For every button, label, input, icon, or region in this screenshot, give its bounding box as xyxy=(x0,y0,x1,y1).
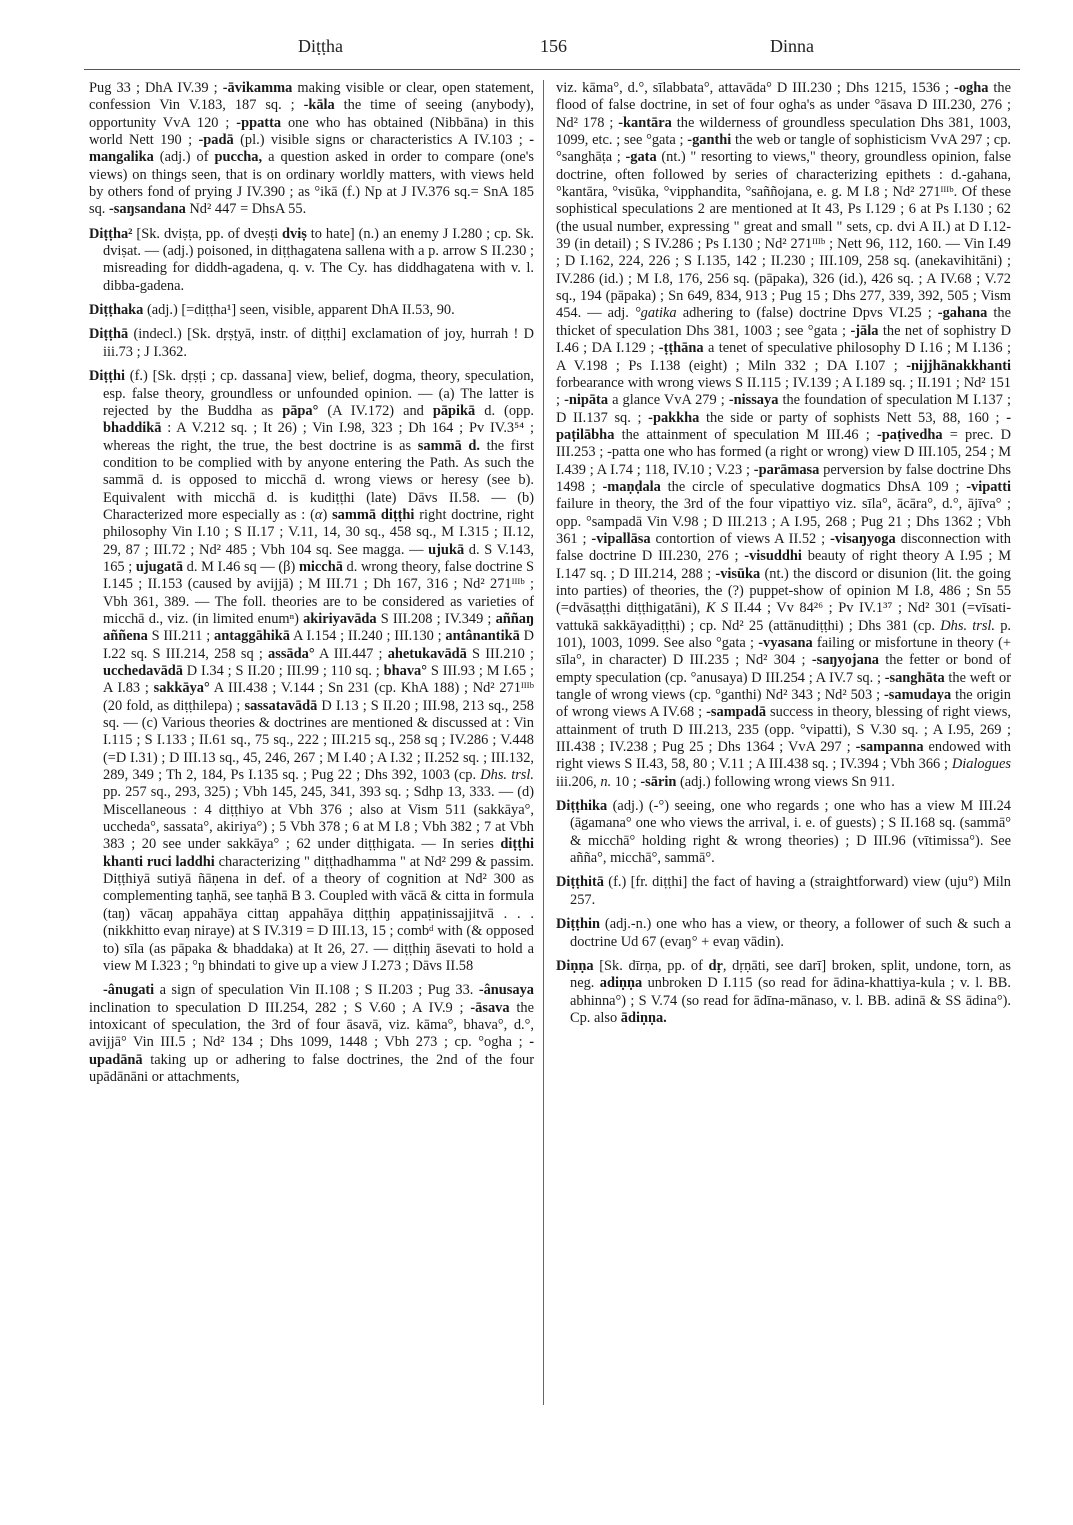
bold-term: -āvikamma xyxy=(223,80,293,96)
bold-term: -nissaya xyxy=(729,392,779,408)
compound-subentry: -ânugati a sign of speculation Vin II.10… xyxy=(89,982,534,1086)
bold-term: -visūka xyxy=(715,566,760,582)
dictionary-entry: Diṭṭhika (adj.) (-°) seeing, one who reg… xyxy=(556,798,1011,867)
entry-text: Nd² 447 = DhsA 55. xyxy=(186,201,306,217)
entry-text: the circle of speculative dogmatics DhsA… xyxy=(661,479,966,495)
italic-term: Dhs. trsl. xyxy=(480,767,534,783)
bold-term: bhaddikā xyxy=(103,420,161,436)
entry-text: contortion of views A II.52 ; xyxy=(651,531,830,547)
entry-text: d. M I.46 sq — (β) xyxy=(183,559,299,575)
dictionary-entry: Diṭṭhaka (adj.) [=diṭṭha¹] seen, visible… xyxy=(89,302,534,319)
entry-text: (adj.) following wrong views Sn 911. xyxy=(676,774,895,790)
entry-text: 10 ; xyxy=(611,774,640,790)
bold-term: -vipallāsa xyxy=(591,531,650,547)
bold-term: -saŋyojana xyxy=(812,652,879,668)
bold-term: -vipatti xyxy=(966,479,1011,495)
entry-text: a sign of speculation Vin II.108 ; S II.… xyxy=(154,982,479,998)
entry-text: (adj.) (-°) seeing, one who regards ; on… xyxy=(570,798,1011,866)
headword: Diṭṭhā xyxy=(89,326,128,342)
bold-term: -āsava xyxy=(470,1000,509,1016)
bold-term: pāpikā xyxy=(433,403,475,419)
entry-text: (adj.) [=diṭṭha¹] seen, visible, apparen… xyxy=(143,302,454,318)
bold-term: -kāla xyxy=(304,97,335,113)
bold-term: dviṣ xyxy=(282,226,307,242)
entry-text: D I.34 ; S II.20 ; III.99 ; 110 sq. ; xyxy=(183,663,384,679)
entry-text: [Sk. dviṣṭa, pp. of dveṣṭi xyxy=(133,226,283,242)
bold-term: -ṭṭhāna xyxy=(659,340,704,356)
headword: Diṭṭha² xyxy=(89,226,133,242)
bold-term: -saŋsandana xyxy=(109,201,186,217)
entry-text: (adj.-n.) one who has a view, or theory,… xyxy=(570,916,1011,949)
dictionary-entry: Diṭṭha² [Sk. dviṣṭa, pp. of dveṣṭi dviṣ … xyxy=(89,226,534,295)
entry-continuation: viz. kāma°, d.°, sīlabbata°, attavāda° D… xyxy=(556,80,1011,791)
entry-text: (A IV.172) and xyxy=(318,403,432,419)
bold-term: sakkāya° xyxy=(154,680,210,696)
entry-text: the attainment of speculation M III.46 ; xyxy=(614,427,877,443)
bold-term: -paṭivedha xyxy=(877,427,943,443)
bold-term: -maṇḍala xyxy=(602,479,660,495)
page-number: 156 xyxy=(540,36,567,57)
italic-term: Dialogues xyxy=(952,756,1011,772)
bold-term: -sanghāta xyxy=(885,670,945,686)
italic-term: Dhs. trsl. xyxy=(940,618,995,634)
bold-term: -ppatta xyxy=(236,115,281,131)
entry-text: [Sk. dīrṇa, pp. of xyxy=(594,958,709,974)
bold-term: -ganthi xyxy=(687,132,731,148)
entry-text: pp. 257 sq., 293, 325) ; Vbh 145, 245, 3… xyxy=(103,784,534,852)
entry-text: characterizing " diṭṭhadhamma " at Nd² 2… xyxy=(103,854,534,974)
dictionary-entry: Diṭṭhi (f.) [Sk. dṛṣṭi ; cp. dassana] vi… xyxy=(89,368,534,975)
right-column: viz. kāma°, d.°, sīlabbata°, attavāda° D… xyxy=(556,80,1011,1034)
bold-term: -ânusaya xyxy=(479,982,534,998)
bold-term: puccha, xyxy=(215,149,263,165)
bold-term: -nijjhānakkhanti xyxy=(906,358,1011,374)
entry-text: A III.447 ; xyxy=(315,646,388,662)
bold-term: micchā xyxy=(299,559,343,575)
bold-term: -pakkha xyxy=(648,410,699,426)
entry-text: S III.208 ; IV.349 ; xyxy=(377,611,496,627)
entry-continuation: Pug 33 ; DhA IV.39 ; -āvikamma making vi… xyxy=(89,80,534,219)
entry-text: Pug 33 ; DhA IV.39 ; xyxy=(89,80,223,96)
bold-term: -sampadā xyxy=(706,704,766,720)
bold-term: -gata xyxy=(625,149,656,165)
bold-term: ujukā xyxy=(428,542,464,558)
headword: Diṭṭhin xyxy=(556,916,600,932)
entry-text: taking up or adhering to false doctrines… xyxy=(89,1052,534,1085)
bold-term: sassatavādā xyxy=(245,698,318,714)
headword: Diṭṭhika xyxy=(556,798,607,814)
bold-term: dṛ xyxy=(709,958,723,974)
entry-text: inclination to speculation D III.254, 28… xyxy=(89,1000,470,1016)
bold-term: ujugatā xyxy=(136,559,183,575)
italic-term: n. xyxy=(600,774,611,790)
bold-term: assāda° xyxy=(268,646,315,662)
bold-term: akiriyavāda xyxy=(303,611,377,627)
bold-term: sammā diṭṭhi xyxy=(332,507,414,523)
bold-term: -padā xyxy=(199,132,234,148)
bold-term: antânantikā xyxy=(445,628,519,644)
italic-term: K S xyxy=(706,600,728,616)
bold-term: -sārin xyxy=(640,774,676,790)
bold-term: -ânugati xyxy=(103,982,154,998)
headword: Diṭṭhi xyxy=(89,368,125,384)
entry-text: the side or party of sophists Nett 53, 8… xyxy=(699,410,1006,426)
entry-text: S III.210 ; xyxy=(467,646,534,662)
bold-term: bhava° xyxy=(384,663,427,679)
headword: Diṇṇa xyxy=(556,958,594,974)
entry-text: a glance VvA 279 ; xyxy=(608,392,729,408)
bold-term: pāpa° xyxy=(282,403,318,419)
bold-term: -visaŋyoga xyxy=(830,531,896,547)
entry-text: adhering to (false) doctrine Dpvs VI.25 … xyxy=(677,305,938,321)
bold-term: antaggāhikā xyxy=(214,628,290,644)
running-head-right: Dinna xyxy=(770,36,814,57)
entry-text: d. (opp. xyxy=(475,403,534,419)
bold-term: ādiṇṇa. xyxy=(621,1010,667,1026)
bold-term: adiṇṇa xyxy=(600,975,642,991)
bold-term: -sampanna xyxy=(856,739,924,755)
bold-term: -jāla xyxy=(850,323,878,339)
bold-term: sammā d. xyxy=(418,438,480,454)
entry-text: (nt.) " resorting to views," theory, gro… xyxy=(556,149,1011,321)
entry-text: (adj.) of xyxy=(154,149,215,165)
header-rule xyxy=(84,69,1020,70)
bold-term: ucchedavādā xyxy=(103,663,183,679)
column-divider xyxy=(543,80,544,1405)
dictionary-entry: Diṭṭhitā (f.) [fr. diṭṭhi] the fact of h… xyxy=(556,874,1011,909)
headword: Diṭṭhitā xyxy=(556,874,604,890)
bold-term: -ogha xyxy=(954,80,988,96)
running-head-left: Diṭṭha xyxy=(298,36,343,57)
bold-term: -gahana xyxy=(938,305,988,321)
bold-term: -nipāta xyxy=(564,392,608,408)
entry-text: (pl.) visible signs or characteristics A… xyxy=(234,132,529,148)
bold-term: -vyasana xyxy=(758,635,812,651)
dictionary-entry: Diṇṇa [Sk. dīrṇa, pp. of dṛ, dṛṇāti, see… xyxy=(556,958,1011,1027)
entry-text: viz. kāma°, d.°, sīlabbata°, attavāda° D… xyxy=(556,80,954,96)
entry-text: ) xyxy=(322,507,332,523)
italic-term: °gatika xyxy=(635,305,677,321)
bold-term: -parāmasa xyxy=(754,462,820,478)
entry-text: (f.) [fr. diṭṭhi] the fact of having a (… xyxy=(570,874,1011,907)
bold-term: ahetukavādā xyxy=(388,646,467,662)
bold-term: -visuddhi xyxy=(744,548,802,564)
bold-term: -samudaya xyxy=(884,687,951,703)
dictionary-entry: Diṭṭhin (adj.-n.) one who has a view, or… xyxy=(556,916,1011,951)
entry-text: A I.154 ; II.240 ; III.130 ; xyxy=(290,628,445,644)
dictionary-entry: Diṭṭhā (indecl.) [Sk. dṛṣṭyā, instr. of … xyxy=(89,326,534,361)
left-column: Pug 33 ; DhA IV.39 ; -āvikamma making vi… xyxy=(89,80,534,1093)
headword: Diṭṭhaka xyxy=(89,302,143,318)
entry-text: S III.211 ; xyxy=(148,628,214,644)
entry-text: iii.206, xyxy=(556,774,600,790)
entry-text: (indecl.) [Sk. dṛṣṭyā, instr. of diṭṭhi]… xyxy=(103,326,534,359)
bold-term: -kantāra xyxy=(618,115,672,131)
